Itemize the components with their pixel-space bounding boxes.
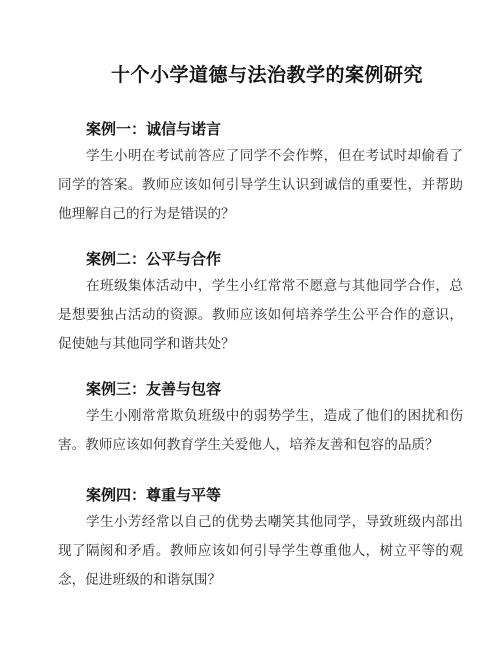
case-heading: 案例四：尊重与平等 (86, 484, 463, 506)
document-title: 十个小学道德与法治教学的案例研究 (0, 60, 500, 87)
case-heading: 案例一：诚信与诺言 (86, 118, 463, 140)
case-body: 在班级集体活动中，学生小红常常不愿意与其他同学合作，总是想要独占活动的资源。教师… (58, 272, 463, 359)
case-section-3: 案例三：友善与包容 学生小刚常常欺负班级中的弱势学生，造成了他们的困扰和伤害。教… (58, 378, 463, 460)
case-section-2: 案例二：公平与合作 在班级集体活动中，学生小红常常不愿意与其他同学合作，总是想要… (58, 248, 463, 359)
case-body: 学生小芳经常以自己的优势去嘲笑其他同学，导致班级内部出现了隔阂和矛盾。教师应该如… (58, 508, 463, 595)
case-heading: 案例二：公平与合作 (86, 248, 463, 270)
case-section-4: 案例四：尊重与平等 学生小芳经常以自己的优势去嘲笑其他同学，导致班级内部出现了隔… (58, 484, 463, 595)
case-section-1: 案例一：诚信与诺言 学生小明在考试前答应了同学不会作弊，但在考试时却偷看了同学的… (58, 118, 463, 229)
case-body: 学生小明在考试前答应了同学不会作弊，但在考试时却偷看了同学的答案。教师应该如何引… (58, 142, 463, 229)
case-heading: 案例三：友善与包容 (86, 378, 463, 400)
case-body: 学生小刚常常欺负班级中的弱势学生，造成了他们的困扰和伤害。教师应该如何教育学生关… (58, 402, 463, 460)
